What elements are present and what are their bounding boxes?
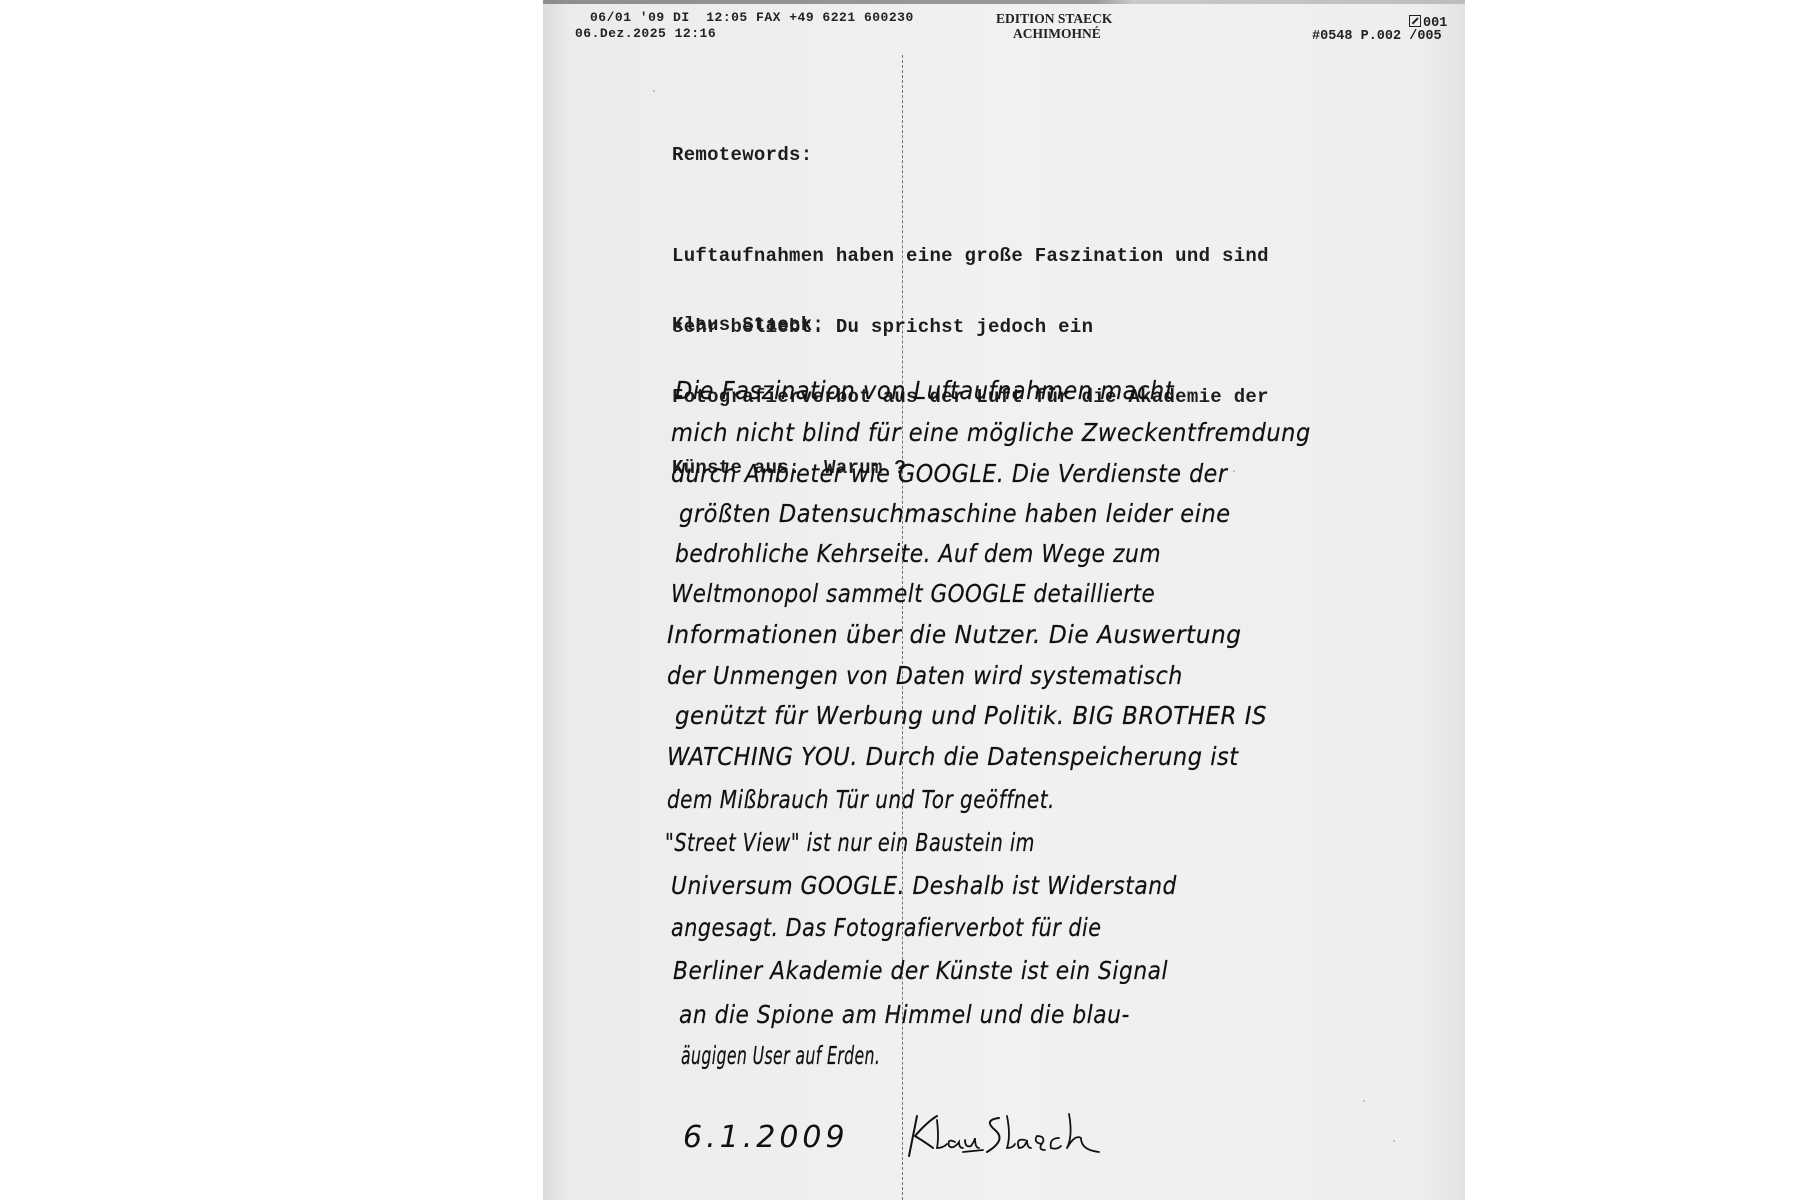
paper-speck	[653, 90, 655, 92]
handwritten-line: mich nicht blind für eine mögliche Zweck…	[671, 420, 1302, 445]
fax-checkbox-icon	[1409, 15, 1421, 27]
handwritten-line: "Street View" ist nur ein Baustein im	[665, 830, 1205, 855]
handwritten-line: Weltmonopol sammelt GOOGLE detaillierte	[671, 581, 1271, 606]
fax-page-info: #0548 P.002 /005	[1312, 30, 1442, 44]
handwritten-date: 6.1.2009	[683, 1120, 849, 1155]
paper-speck	[1393, 1140, 1395, 1142]
fax-transmission-line: 06/01 '09 DI 12:05 FAX +49 6221 600230	[590, 11, 914, 24]
fax-received-line: 06.Dez.2025 12:16	[575, 27, 716, 40]
question-label: Remotewords:	[672, 144, 812, 168]
handwritten-line: Informationen über die Nutzer. Die Auswe…	[667, 622, 1317, 647]
handwritten-line: äugigen User auf Erden.	[681, 1043, 1121, 1068]
paper-speck	[813, 745, 815, 747]
handwritten-line: angesagt. Das Fotografierverbot für die	[671, 915, 1251, 940]
handwritten-line: Berliner Akademie der Künste ist ein Sig…	[673, 958, 1283, 983]
handwritten-line: bedrohliche Kehrseite. Auf dem Wege zum	[675, 541, 1285, 566]
handwritten-line: der Unmengen von Daten wird systematisch	[667, 663, 1287, 688]
paper-speck	[1233, 470, 1235, 472]
fax-receiver-name: ACHIMOHNÉ	[1013, 27, 1101, 41]
fax-page: 06/01 '09 DI 12:05 FAX +49 6221 600230 0…	[543, 0, 1465, 1200]
handwritten-line: WATCHING YOU. Durch die Datenspeicherung…	[667, 744, 1297, 769]
scan-edge-strip	[543, 0, 1465, 4]
handwritten-line: Universum GOOGLE. Deshalb ist Widerstand	[671, 873, 1281, 898]
paper-speck	[1363, 1100, 1365, 1102]
signature	[903, 1108, 1103, 1160]
handwritten-line: größten Datensuchmaschine haben leider e…	[679, 501, 1309, 526]
handwritten-line: durch Anbieter wie GOOGLE. Die Verdienst…	[671, 461, 1291, 486]
answer-label: Klaus Staeck:	[672, 314, 824, 338]
handwritten-line: dem Mißbrauch Tür und Tor geöffnet.	[667, 787, 1227, 812]
fax-sender-name: EDITION STAECK	[996, 12, 1112, 26]
handwritten-line: genützt für Werbung und Politik. BIG BRO…	[675, 703, 1315, 728]
handwritten-line: Die Faszination von Luftaufnahmen macht	[675, 378, 1305, 403]
question-line: Luftaufnahmen haben eine große Faszinati…	[672, 245, 1269, 269]
handwritten-line: an die Spione am Himmel und die blau-	[679, 1002, 1289, 1027]
